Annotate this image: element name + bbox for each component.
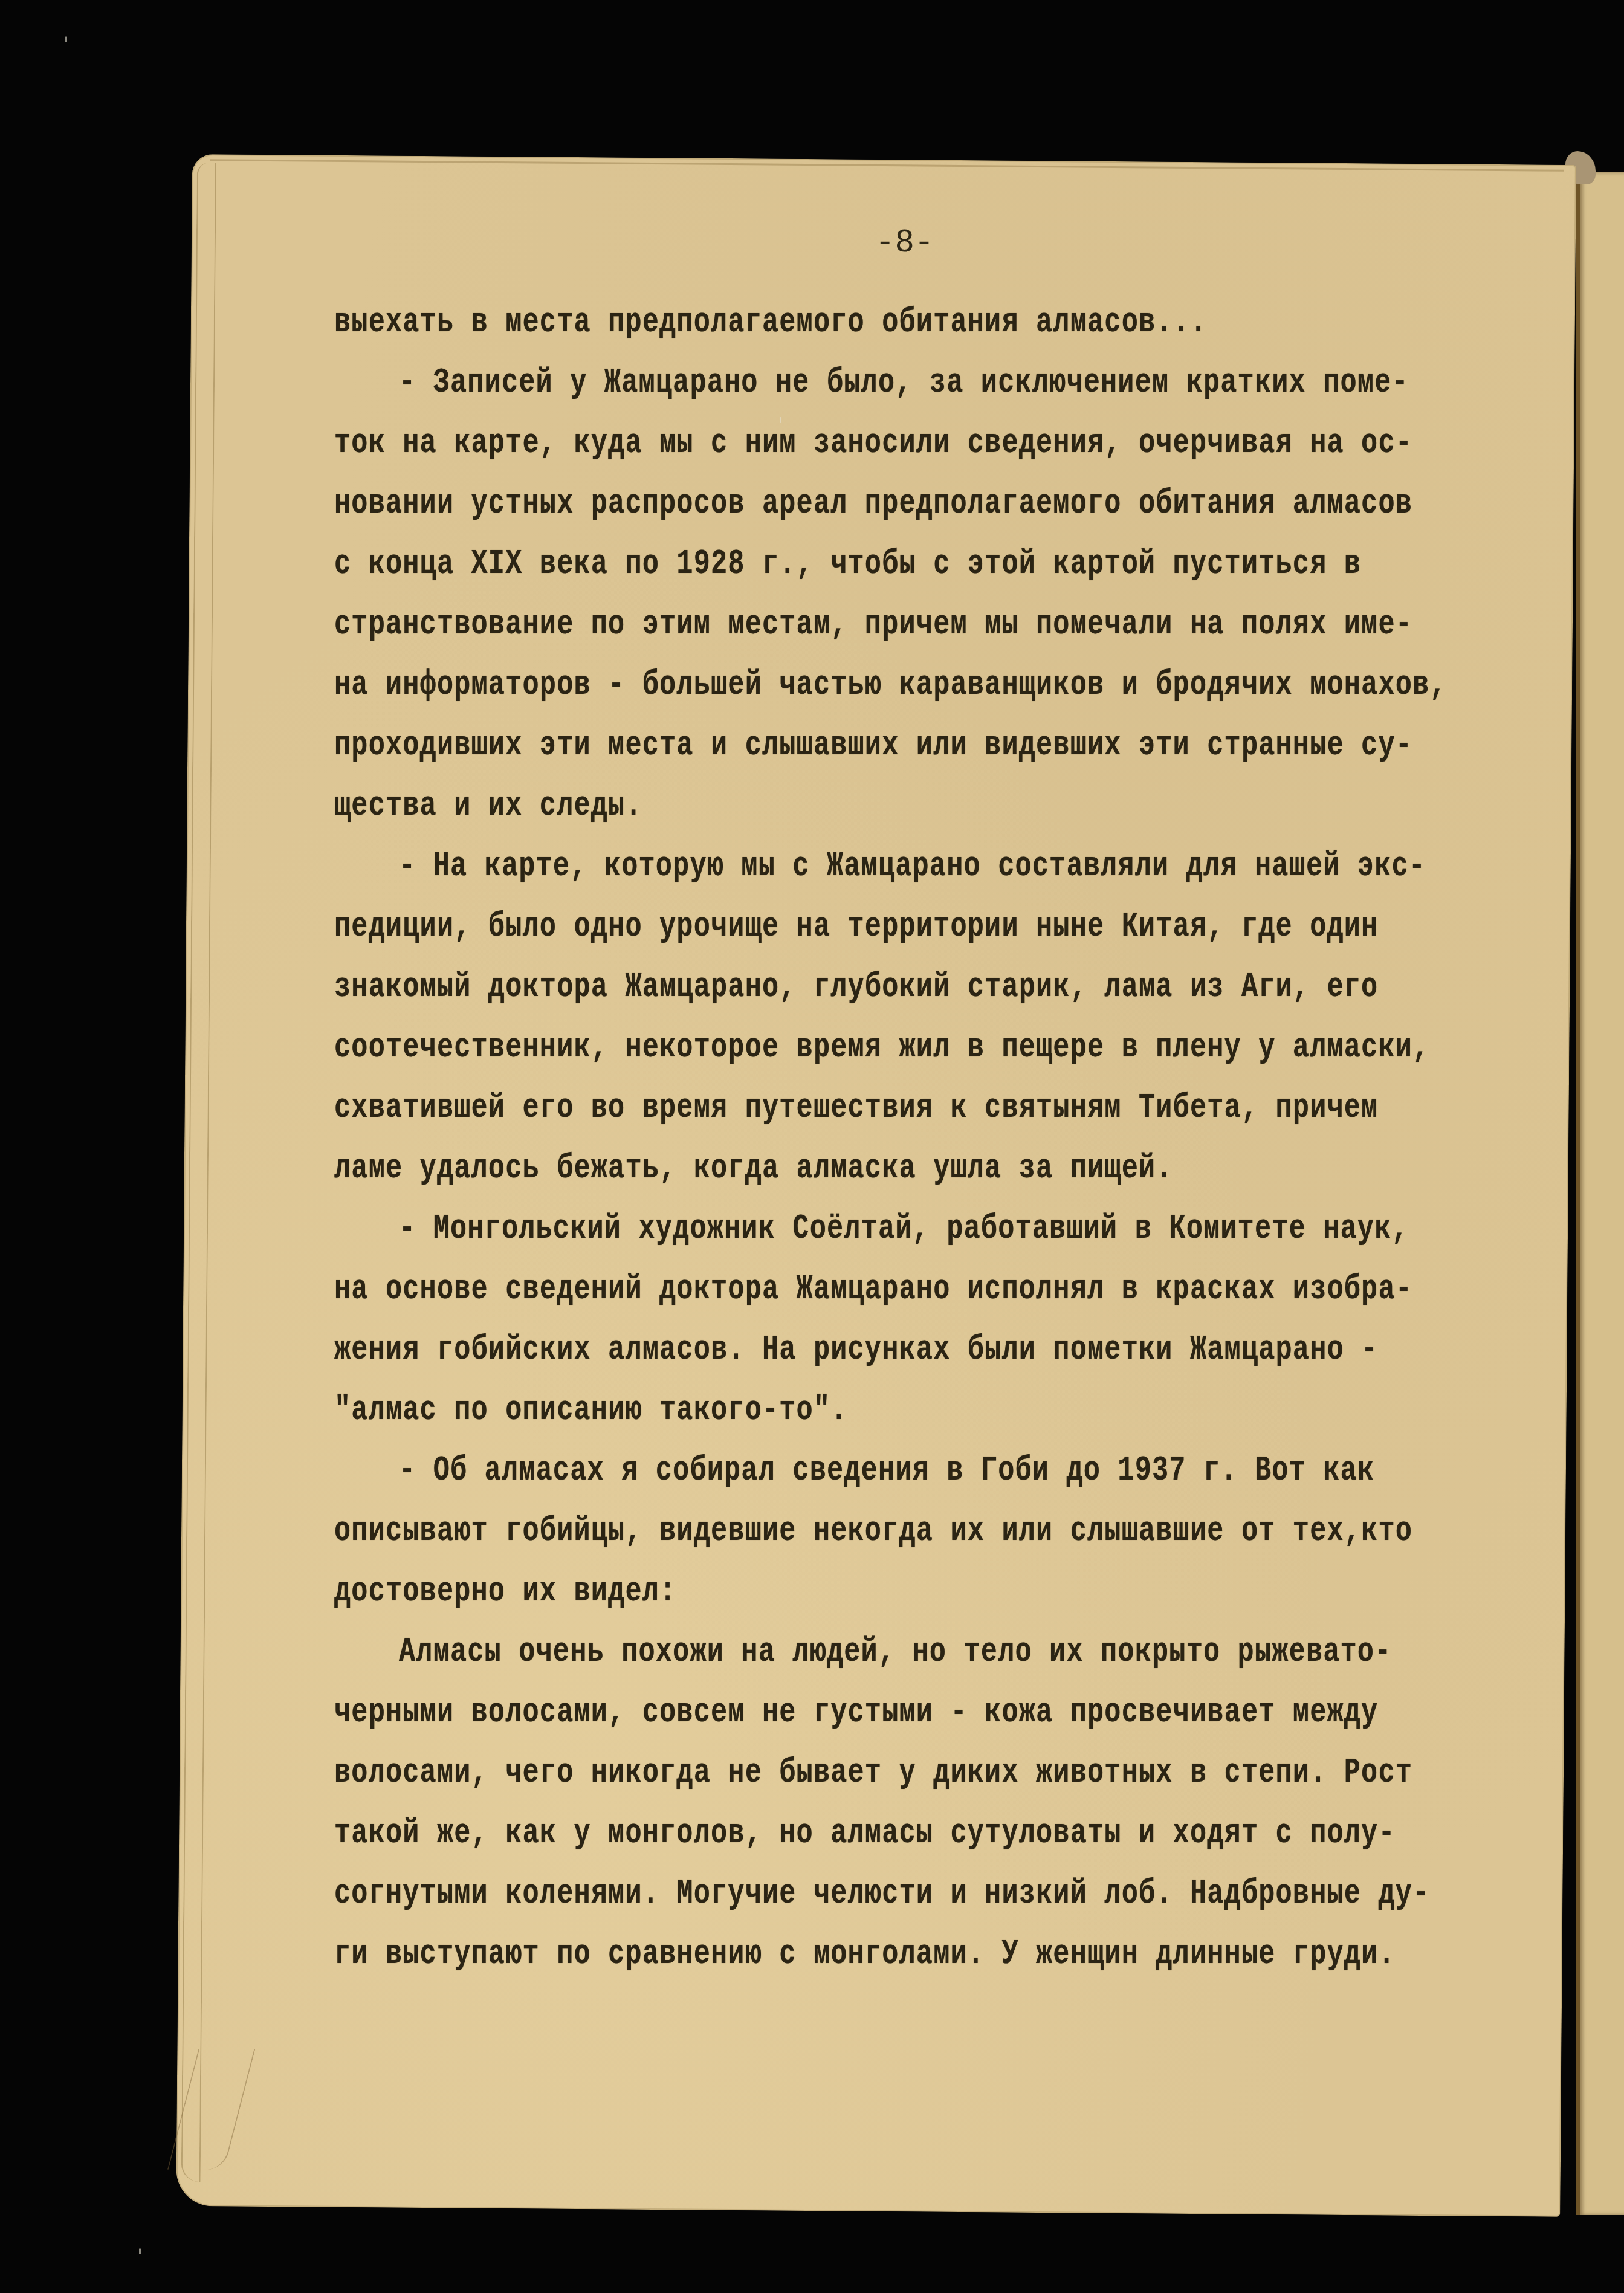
dust-speck	[65, 36, 67, 42]
text-line: такой же, как у монголов, но алмасы суту…	[334, 1816, 1396, 1851]
text-line: ток на карте, куда мы с ним заносили све…	[334, 426, 1412, 461]
text-line: достоверно их видел:	[334, 1574, 676, 1609]
text-line: странствование по этим местам, причем мы…	[334, 607, 1412, 642]
text-line: щества и их следы.	[334, 789, 642, 824]
dust-speck	[139, 2248, 141, 2254]
text-line: ги выступают по сравнению с монголами. У…	[334, 1937, 1396, 1972]
text-line: - Об алмасах я собирал сведения в Гоби д…	[399, 1454, 1374, 1489]
text-line: с конца XIX века по 1928 г., чтобы с это…	[334, 547, 1361, 582]
text-line: соотечественник, некоторое время жил в п…	[334, 1030, 1429, 1066]
text-line: схватившей его во время путешествия к св…	[334, 1091, 1378, 1126]
dust-speck	[780, 417, 781, 423]
text-line: ламе удалось бежать, когда алмаска ушла …	[334, 1151, 1173, 1186]
text-line: - Записей у Жамцарано не было, за исключ…	[399, 366, 1409, 401]
text-line: черными волосами, совсем не густыми - ко…	[334, 1695, 1378, 1730]
folded-corner	[167, 2049, 255, 2170]
text-line: знакомый доктора Жамцарано, глубокий ста…	[334, 970, 1378, 1005]
text-line: Алмасы очень похожи на людей, но тело их…	[399, 1635, 1391, 1670]
text-line: "алмас по описанию такого-то".	[334, 1393, 848, 1428]
adjacent-page-edge	[1576, 172, 1624, 2215]
text-line: волосами, чего никогда не бывает у диких…	[334, 1756, 1412, 1791]
text-line: описывают гобийцы, видевшие некогда их и…	[334, 1514, 1412, 1549]
text-line: - Монгольский художник Соёлтай, работавш…	[399, 1212, 1409, 1247]
text-line: проходивших эти места и слышавших или ви…	[334, 728, 1412, 763]
text-line: новании устных распросов ареал предполаг…	[334, 487, 1412, 522]
text-line: жения гобийских алмасов. На рисунках был…	[334, 1333, 1378, 1368]
page-number: -8-	[875, 225, 934, 262]
page-stack-edge	[181, 163, 216, 2182]
text-line: - На карте, которую мы с Жамцарано соста…	[399, 849, 1426, 884]
page-top-edge	[210, 159, 1564, 172]
text-line: на информаторов - большей частью караван…	[334, 668, 1447, 703]
text-line: педиции, было одно урочище на территории…	[334, 910, 1378, 945]
text-line: выехать в места предполагаемого обитания…	[334, 305, 1207, 340]
text-line: согнутыми коленями. Могучие челюсти и ни…	[334, 1877, 1429, 1912]
text-line: на основе сведений доктора Жамцарано исп…	[334, 1272, 1412, 1307]
